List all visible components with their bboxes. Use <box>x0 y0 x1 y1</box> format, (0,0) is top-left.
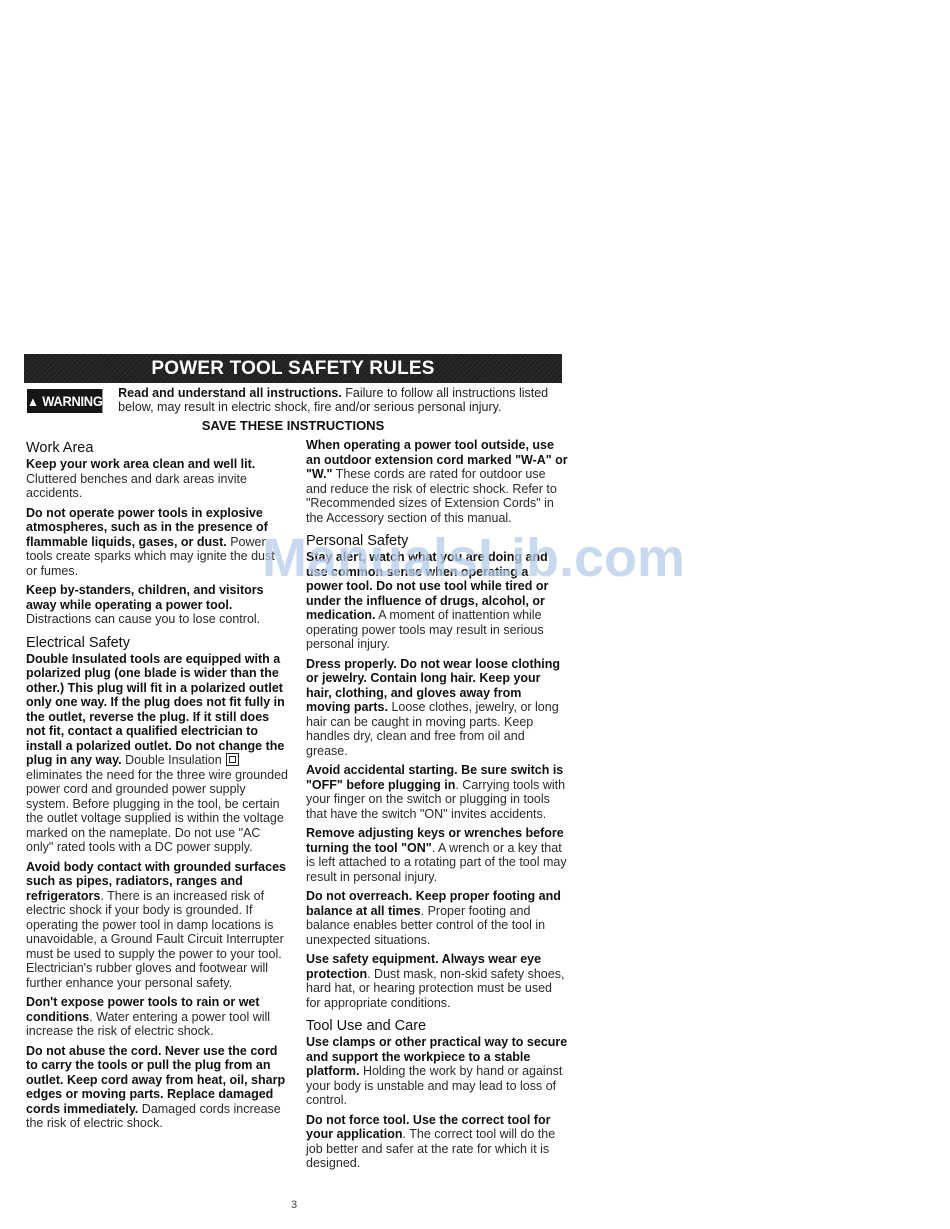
save-instructions-heading: SAVE THESE INSTRUCTIONS <box>24 418 562 433</box>
warning-triangle-icon: ▲ <box>27 394 39 409</box>
warning-label: WARNING <box>42 393 102 409</box>
rule-paragraph: Do not force tool. Use the correct tool … <box>306 1113 568 1171</box>
right-column: When operating a power tool outside, use… <box>306 438 568 1176</box>
warning-bold-text: Read and understand all instructions. <box>118 386 342 400</box>
rule-bold: Keep your work area clean and well lit. <box>26 457 255 471</box>
page-number: 3 <box>291 1199 297 1211</box>
personal-safety-heading: Personal Safety <box>306 533 568 549</box>
rule-paragraph: Avoid body contact with grounded surface… <box>26 860 288 991</box>
rule-paragraph: Dress properly. Do not wear loose clothi… <box>306 657 568 759</box>
rule-text: eliminates the need for the three wire g… <box>26 768 288 855</box>
rule-text: Cluttered benches and dark areas invite … <box>26 472 247 501</box>
rule-paragraph: Use safety equipment. Always wear eye pr… <box>306 952 568 1010</box>
rule-paragraph: Keep your work area clean and well lit. … <box>26 457 288 501</box>
rule-text: . There is an increased risk of electric… <box>26 889 284 990</box>
tool-use-and-care-heading: Tool Use and Care <box>306 1018 568 1034</box>
double-insulation-icon <box>226 753 239 766</box>
warning-badge: ▲ WARNING <box>27 389 103 413</box>
rule-paragraph: Don't expose power tools to rain or wet … <box>26 995 288 1039</box>
rule-bold: Keep by-standers, children, and visitors… <box>26 583 264 612</box>
rule-paragraph: Remove adjusting keys or wrenches before… <box>306 826 568 884</box>
work-area-heading: Work Area <box>26 440 288 456</box>
rule-paragraph: Do not abuse the cord. Never use the cor… <box>26 1044 288 1131</box>
rule-text: Double Insulation <box>122 753 226 767</box>
rule-paragraph: Stay alert, watch what you are doing and… <box>306 550 568 652</box>
warning-text: Read and understand all instructions. Fa… <box>118 386 567 414</box>
left-column: Work Area Keep your work area clean and … <box>26 440 288 1136</box>
rule-bold: Double Insulated tools are equipped with… <box>26 652 285 768</box>
rule-paragraph: Keep by-standers, children, and visitors… <box>26 583 288 627</box>
rule-paragraph: Do not overreach. Keep proper footing an… <box>306 889 568 947</box>
electrical-safety-heading: Electrical Safety <box>26 635 288 651</box>
manual-page: POWER TOOL SAFETY RULES ▲ WARNING Read a… <box>0 0 950 1229</box>
rule-paragraph: Do not operate power tools in explosive … <box>26 506 288 579</box>
page-title: POWER TOOL SAFETY RULES <box>151 358 434 380</box>
rule-paragraph: Double Insulated tools are equipped with… <box>26 652 288 855</box>
rule-paragraph: When operating a power tool outside, use… <box>306 438 568 525</box>
rule-text: Distractions can cause you to lose contr… <box>26 612 260 626</box>
section-title-bar: POWER TOOL SAFETY RULES <box>24 354 562 383</box>
warning-notice: ▲ WARNING Read and understand all instru… <box>27 386 567 414</box>
rule-paragraph: Avoid accidental starting. Be sure switc… <box>306 763 568 821</box>
rule-paragraph: Use clamps or other practical way to sec… <box>306 1035 568 1108</box>
rule-text: These cords are rated for outdoor use an… <box>306 467 557 525</box>
